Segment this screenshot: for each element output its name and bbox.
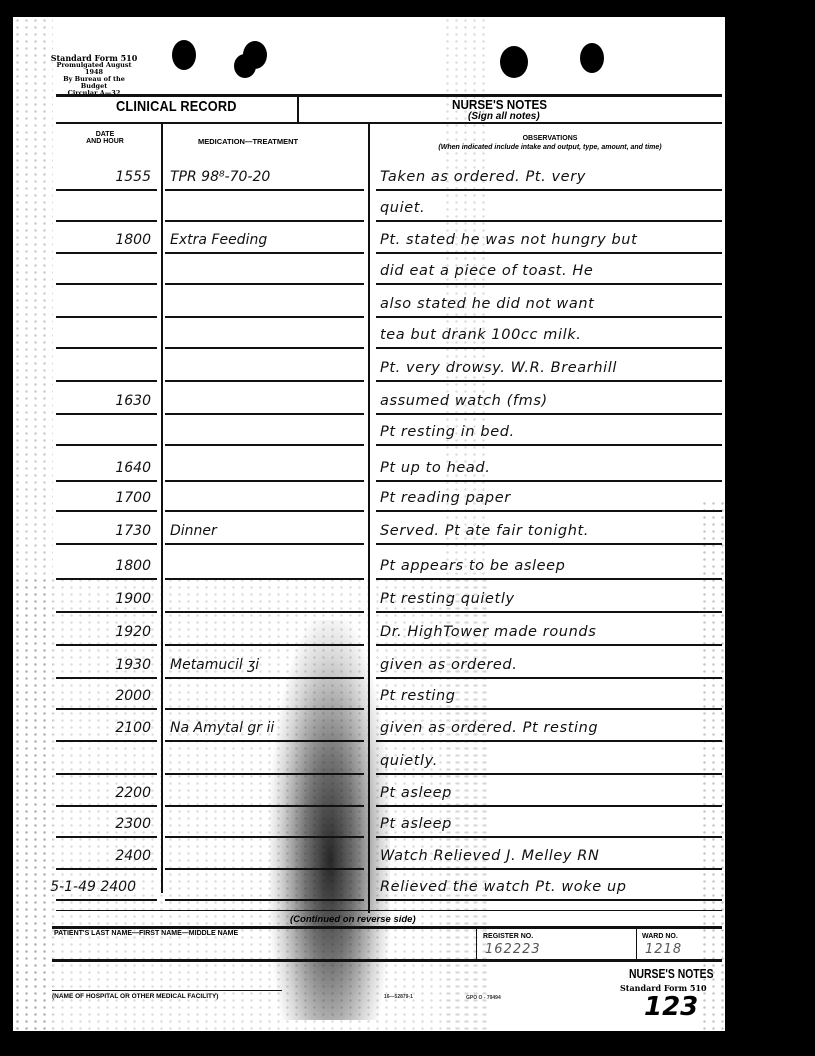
table-row-time: 1630 [56, 393, 151, 409]
row-rule-obs [376, 252, 722, 254]
row-rule-date [56, 611, 157, 613]
table-row-time: 1900 [56, 591, 151, 607]
row-rule-med [165, 578, 364, 580]
row-rule-med [165, 283, 364, 285]
row-rule-date [56, 773, 157, 775]
row-rule-obs [376, 899, 722, 901]
row-rule-med [165, 611, 364, 613]
row-rule-med [165, 836, 364, 838]
top-rule [56, 94, 722, 97]
table-row-observation: Pt reading paper [380, 490, 511, 506]
row-rule-med [165, 543, 364, 545]
table-row-medication: Metamucil ʒi [170, 657, 259, 673]
row-rule-med [165, 220, 364, 222]
table-row-time: 2000 [56, 688, 151, 704]
table-row-observation: Pt resting in bed. [380, 424, 515, 440]
row-rule-obs [376, 543, 722, 545]
row-rule-med [165, 252, 364, 254]
row-rule-med [165, 413, 364, 415]
row-rule-obs [376, 347, 722, 349]
patient-rule [52, 959, 722, 962]
row-rule-obs [376, 644, 722, 646]
punch-hole [500, 46, 528, 78]
page-number: 123 [644, 992, 698, 1022]
clinical-record-title: CLINICAL RECORD [116, 98, 237, 115]
row-rule-date [56, 316, 157, 318]
gpo-code: GPO O - 79494 [466, 995, 501, 1001]
table-row-time: 1555 [56, 169, 151, 185]
table-row-time: 1700 [56, 490, 151, 506]
table-row-time: 2300 [56, 816, 151, 832]
table-row-observation: given as ordered. Pt resting [380, 720, 598, 736]
table-row-observation: Pt. very drowsy. W.R. Brearhill [380, 360, 617, 376]
table-row-observation: Served. Pt ate fair tonight. [380, 523, 589, 539]
row-rule-date [56, 578, 157, 580]
table-row-medication: Extra Feeding [170, 232, 267, 248]
title-divider [297, 95, 299, 123]
row-rule-obs [376, 189, 722, 191]
row-rule-med [165, 773, 364, 775]
table-row-observation: given as ordered. [380, 657, 517, 673]
register-label: REGISTER NO. [483, 933, 533, 940]
row-rule-med [165, 899, 364, 901]
row-rule-med [165, 868, 364, 870]
table-row-time: 1920 [56, 624, 151, 640]
row-rule-date [56, 868, 157, 870]
column-divider-med [368, 123, 370, 913]
row-rule-med [165, 644, 364, 646]
row-rule-obs [376, 611, 722, 613]
row-rule-obs [376, 510, 722, 512]
table-row-time: 5-1-49 2400 [36, 879, 136, 895]
hospital-label: (NAME OF HOSPITAL OR OTHER MEDICAL FACIL… [52, 993, 218, 1000]
row-rule-date [56, 480, 157, 482]
footer-nurses-notes: NURSE'S NOTES [629, 966, 714, 981]
row-rule-med [165, 444, 364, 446]
row-rule-med [165, 677, 364, 679]
table-row-time: 1800 [56, 232, 151, 248]
row-rule-obs [376, 773, 722, 775]
table-row-observation: Watch Relieved J. Melley RN [380, 848, 599, 864]
table-row-time: 1930 [56, 657, 151, 673]
row-rule-obs [376, 413, 722, 415]
row-rule-obs [376, 283, 722, 285]
row-rule-obs [376, 578, 722, 580]
table-row-time: 1730 [56, 523, 151, 539]
row-rule-med [165, 708, 364, 710]
row-rule-med [165, 480, 364, 482]
table-row-observation: Pt resting [380, 688, 456, 704]
row-rule-obs [376, 836, 722, 838]
row-rule-obs [376, 677, 722, 679]
bureau-label: By Bureau of the Budget [49, 76, 139, 90]
row-rule-date [56, 740, 157, 742]
row-rule-obs [376, 708, 722, 710]
table-row-observation: Pt asleep [380, 816, 452, 832]
table-row-observation: Taken as ordered. Pt. very [380, 169, 586, 185]
table-row-time: 1640 [56, 460, 151, 476]
row-rule-obs [376, 740, 722, 742]
table-row-observation: did eat a piece of toast. He [380, 263, 593, 279]
hospital-rule [52, 990, 282, 991]
row-rule-date [56, 347, 157, 349]
ward-label: WARD NO. [642, 933, 678, 940]
row-rule-obs [376, 380, 722, 382]
punch-hole [580, 43, 604, 73]
row-rule-obs [376, 480, 722, 482]
observations-header: OBSERVATIONS (When indicated include int… [385, 134, 715, 152]
table-row-time: 2200 [56, 785, 151, 801]
footer-rule-top [56, 910, 722, 911]
row-rule-date [56, 677, 157, 679]
row-rule-date [56, 413, 157, 415]
table-row-observation: Relieved the watch Pt. woke up [380, 879, 627, 895]
row-rule-med [165, 347, 364, 349]
table-row-observation: Pt resting quietly [380, 591, 515, 607]
column-divider-date [161, 123, 163, 893]
ward-divider [636, 928, 637, 960]
row-rule-obs [376, 316, 722, 318]
table-row-observation: quietly. [380, 753, 438, 769]
table-row-observation: Pt asleep [380, 785, 452, 801]
punch-hole [172, 40, 196, 70]
table-row-time: 2100 [56, 720, 151, 736]
row-rule-obs [376, 805, 722, 807]
promulgated-label: Promulgated August 1948 [49, 62, 139, 76]
row-rule-obs [376, 220, 722, 222]
row-rule-med [165, 740, 364, 742]
table-row-medication: TPR 98⁸-70-20 [170, 169, 270, 185]
register-divider [476, 928, 477, 960]
row-rule-date [56, 899, 157, 901]
row-rule-date [56, 543, 157, 545]
table-row-observation: Pt up to head. [380, 460, 490, 476]
row-rule-med [165, 510, 364, 512]
header-rule [56, 122, 722, 124]
date-hour-header: DATE AND HOUR [80, 131, 130, 145]
table-row-observation: also stated he did not want [380, 296, 594, 312]
row-rule-date [56, 252, 157, 254]
table-row-medication: Na Amytal gr ii [170, 720, 274, 736]
row-rule-date [56, 805, 157, 807]
table-row-observation: Pt. stated he was not hungry but [380, 232, 637, 248]
table-row-observation: Pt appears to be asleep [380, 558, 565, 574]
row-rule-obs [376, 444, 722, 446]
ward-value: 1218 [645, 942, 682, 957]
footer-rule [52, 926, 722, 929]
continued-note: (Continued on reverse side) [290, 914, 416, 925]
scan-noise [700, 500, 725, 1030]
row-rule-med [165, 316, 364, 318]
row-rule-med [165, 189, 364, 191]
row-rule-obs [376, 868, 722, 870]
punch-hole [234, 54, 256, 78]
row-rule-date [56, 283, 157, 285]
form-identifier: Standard Form 510 Promulgated August 194… [49, 55, 139, 97]
row-rule-date [56, 189, 157, 191]
row-rule-date [56, 510, 157, 512]
medication-header: MEDICATION—TREATMENT [198, 137, 298, 146]
row-rule-date [56, 644, 157, 646]
row-rule-med [165, 380, 364, 382]
row-rule-date [56, 708, 157, 710]
row-rule-med [165, 805, 364, 807]
patient-name-label: PATIENT'S LAST NAME—FIRST NAME—MIDDLE NA… [54, 930, 238, 937]
table-row-observation: tea but drank 100cc milk. [380, 327, 581, 343]
row-rule-date [56, 220, 157, 222]
row-rule-date [56, 380, 157, 382]
sign-all-notes: (Sign all notes) [468, 111, 540, 122]
nurses-notes-title: NURSE'S NOTES [452, 97, 547, 112]
table-row-time: 2400 [56, 848, 151, 864]
table-row-observation: Dr. HighTower made rounds [380, 624, 596, 640]
register-value: 162223 [485, 942, 541, 957]
table-row-observation: quiet. [380, 200, 425, 216]
table-row-time: 1800 [56, 558, 151, 574]
row-rule-date [56, 444, 157, 446]
row-rule-date [56, 836, 157, 838]
print-code: 16—52879-1 [384, 994, 413, 1000]
table-row-medication: Dinner [170, 523, 217, 539]
table-row-observation: assumed watch (fms) [380, 393, 548, 409]
